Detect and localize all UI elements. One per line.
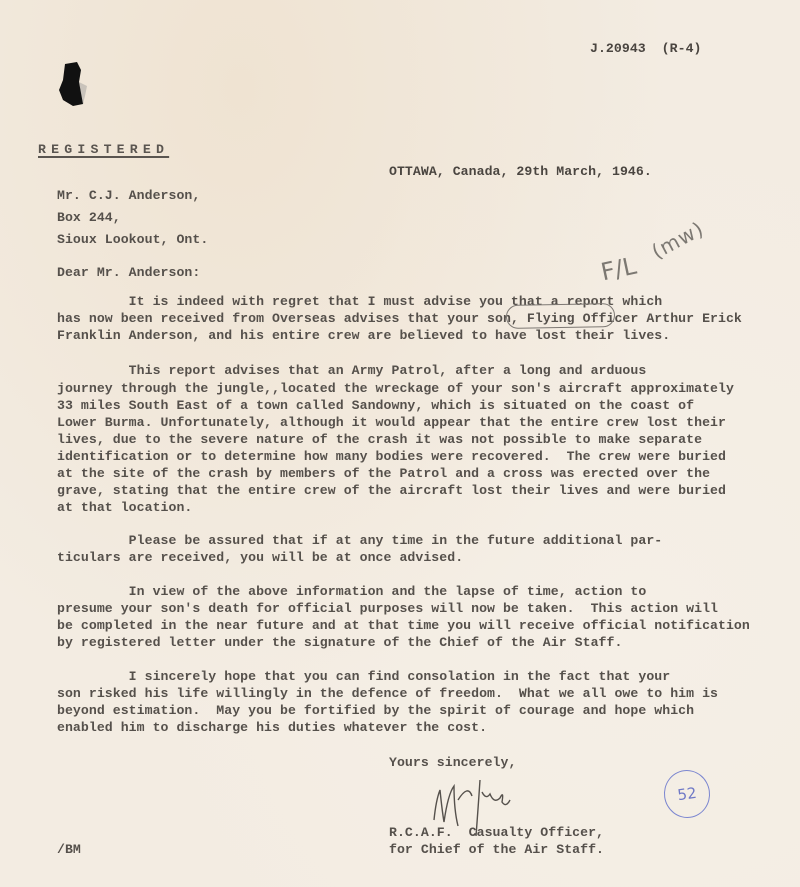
paragraph-5-line-4: enabled him to discharge his duties what… (57, 719, 487, 736)
dateline: OTTAWA, Canada, 29th March, 1946. (389, 163, 652, 180)
paragraph-1-line-2: has now been received from Overseas advi… (57, 310, 742, 327)
paragraph-5-line-3: beyond estimation. May you be fortified … (57, 702, 694, 719)
paragraph-2-line-4: Lower Burma. Unfortunately, although it … (57, 414, 726, 431)
paragraph-1-line-3: Franklin Anderson, and his entire crew a… (57, 327, 670, 344)
paragraph-4-line-4: by registered letter under the signature… (57, 634, 622, 651)
paragraph-2-line-6: identification or to determine how many … (57, 448, 726, 465)
paragraph-3-line-2: ticulars are received, you will be at on… (57, 549, 463, 566)
salutation: Dear Mr. Anderson: (57, 264, 200, 281)
paragraph-2-line-3: 33 miles South East of a town called San… (57, 397, 694, 414)
recipient-name: Mr. C.J. Anderson, (57, 187, 200, 204)
signature-title-line-1: R.C.A.F. Casualty Officer, (389, 824, 604, 841)
paragraph-2-line-7: at the site of the crash by members of t… (57, 465, 710, 482)
paragraph-2-line-8: grave, stating that the entire crew of t… (57, 482, 726, 499)
paragraph-2-line-5: lives, due to the severe nature of the c… (57, 431, 702, 448)
paragraph-4-line-2: presume your son's death for official pu… (57, 600, 718, 617)
paragraph-4-line-1: In view of the above information and the… (57, 583, 646, 600)
handwritten-initials-annotation: (mw) (648, 216, 708, 263)
paragraph-2-line-9: at that location. (57, 499, 192, 516)
typist-initials: /BM (57, 841, 81, 858)
recipient-city: Sioux Lookout, Ont. (57, 231, 208, 248)
registered-heading: REGISTERED (38, 141, 169, 158)
paragraph-2-line-1: This report advises that an Army Patrol,… (57, 362, 646, 379)
letter-page: J.20943 (R-4) REGISTERED OTTAWA, Canada,… (0, 0, 800, 887)
paragraph-3-line-1: Please be assured that if at any time in… (57, 532, 662, 549)
paragraph-4-line-3: be completed in the near future and at t… (57, 617, 750, 634)
page-number-circle: 52 (661, 767, 713, 821)
handwritten-rank-annotation: F/L (598, 252, 638, 287)
file-reference: J.20943 (R-4) (590, 40, 702, 57)
paragraph-5-line-2: son risked his life willingly in the def… (57, 685, 718, 702)
recipient-box: Box 244, (57, 209, 121, 226)
binder-hole-mark (57, 60, 91, 108)
closing: Yours sincerely, (389, 754, 516, 771)
paragraph-5-line-1: I sincerely hope that you can find conso… (57, 668, 670, 685)
paragraph-2-line-2: journey through the jungle,,located the … (57, 380, 734, 397)
signature-title-line-2: for Chief of the Air Staff. (389, 841, 604, 858)
flying-officer-circle-mark (506, 303, 615, 329)
